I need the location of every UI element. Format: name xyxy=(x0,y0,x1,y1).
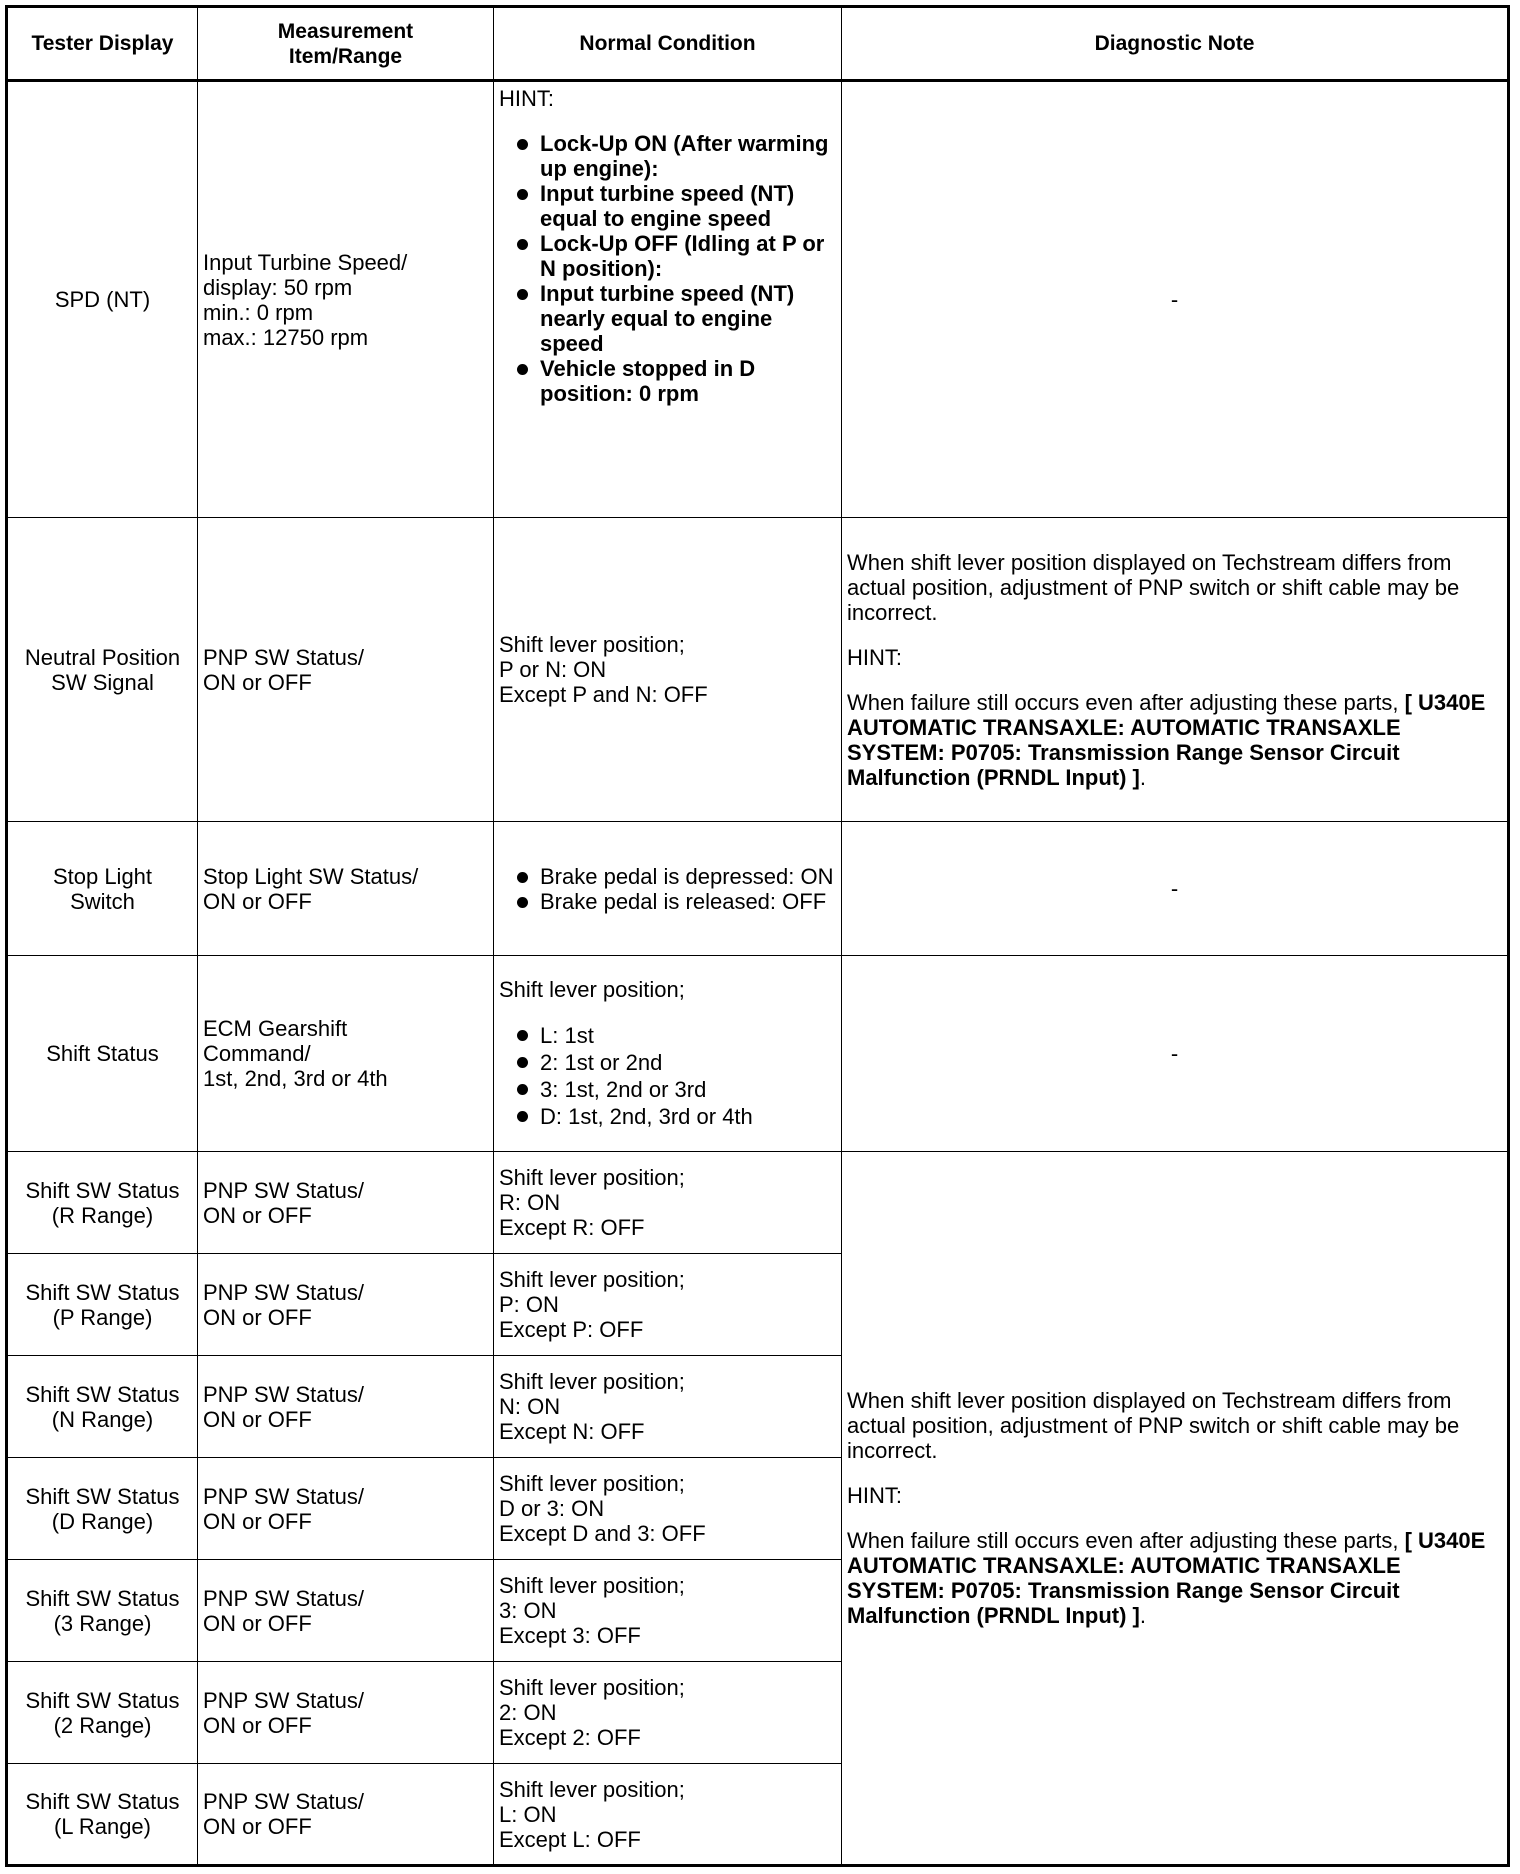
tester-display-cell: Shift SW Status (2 Range) xyxy=(7,1662,198,1764)
diagnostic-paragraph: When shift lever position displayed on T… xyxy=(847,550,1502,625)
diagnostic-note-cell-merged: When shift lever position displayed on T… xyxy=(842,1152,1509,1866)
normal-line: Shift lever position; xyxy=(499,1675,836,1700)
tester-line: (P Range) xyxy=(12,1305,193,1330)
normal-line: Except 3: OFF xyxy=(499,1623,836,1648)
diagnostic-text: When failure still occurs even after adj… xyxy=(847,690,1405,715)
normal-condition-cell: Shift lever position; D or 3: ON Except … xyxy=(494,1458,842,1560)
bullet-list: L: 1st 2: 1st or 2nd 3: 1st, 2nd or 3rd … xyxy=(499,1022,836,1130)
normal-line: Except P: OFF xyxy=(499,1317,836,1342)
normal-line: L: ON xyxy=(499,1802,836,1827)
normal-line: Shift lever position; xyxy=(499,1267,836,1292)
hint-label: HINT: xyxy=(847,645,1502,670)
measurement-cell: Input Turbine Speed/ display: 50 rpm min… xyxy=(198,81,494,518)
measurement-cell: PNP SW Status/ ON or OFF xyxy=(198,1560,494,1662)
measurement-line: PNP SW Status/ xyxy=(203,1789,488,1814)
tester-display-cell: Neutral Position SW Signal xyxy=(7,518,198,822)
measurement-line: PNP SW Status/ xyxy=(203,1382,488,1407)
header-tester-display: Tester Display xyxy=(7,7,198,81)
normal-line: Shift lever position; xyxy=(499,632,836,657)
tester-display-cell: Shift Status xyxy=(7,956,198,1152)
tester-display-cell: Shift SW Status (N Range) xyxy=(7,1356,198,1458)
normal-condition-cell: Shift lever position; L: ON Except L: OF… xyxy=(494,1764,842,1866)
diagnostic-paragraph: When failure still occurs even after adj… xyxy=(847,690,1502,790)
bullet-item: 2: 1st or 2nd xyxy=(499,1049,836,1076)
normal-line: Shift lever position; xyxy=(499,1369,836,1394)
data-list-table: Tester Display Measurement Item/Range No… xyxy=(5,5,1510,1867)
tester-line: (L Range) xyxy=(12,1814,193,1839)
bullet-item: Vehicle stopped in D position: 0 rpm xyxy=(499,356,836,406)
measurement-line: ON or OFF xyxy=(203,1407,488,1432)
tester-display-cell: Shift SW Status (R Range) xyxy=(7,1152,198,1254)
normal-line: Except 2: OFF xyxy=(499,1725,836,1750)
header-normal-condition: Normal Condition xyxy=(494,7,842,81)
measurement-line: ON or OFF xyxy=(203,1305,488,1330)
tester-display-cell: Shift SW Status (D Range) xyxy=(7,1458,198,1560)
normal-line: 2: ON xyxy=(499,1700,836,1725)
measurement-line: PNP SW Status/ xyxy=(203,645,488,670)
measurement-cell: PNP SW Status/ ON or OFF xyxy=(198,1254,494,1356)
tester-display-cell: SPD (NT) xyxy=(7,81,198,518)
tester-display-cell: Shift SW Status (L Range) xyxy=(7,1764,198,1866)
tester-line: (2 Range) xyxy=(12,1713,193,1738)
bullet-item: Brake pedal is released: OFF xyxy=(499,889,836,914)
normal-line: Shift lever position; xyxy=(499,977,836,1002)
tester-display-cell: Stop Light Switch xyxy=(7,822,198,956)
shift-sw-rows: Shift SW Status (R Range) PNP SW Status/… xyxy=(7,1152,1509,1866)
tester-line: (D Range) xyxy=(12,1509,193,1534)
diagnostic-note-cell: - xyxy=(842,81,1509,518)
tester-line: (R Range) xyxy=(12,1203,193,1228)
measurement-line: ON or OFF xyxy=(203,889,488,914)
hint-label: HINT: xyxy=(499,86,836,111)
tester-line: Shift SW Status xyxy=(12,1178,193,1203)
measurement-line: 1st, 2nd, 3rd or 4th xyxy=(203,1066,488,1091)
normal-line: Shift lever position; xyxy=(499,1165,836,1190)
normal-condition-cell: Shift lever position; P or N: ON Except … xyxy=(494,518,842,822)
header-measurement-item-range: Measurement Item/Range xyxy=(198,7,494,81)
tester-display-cell: Shift SW Status (P Range) xyxy=(7,1254,198,1356)
diagnostic-note-cell: - xyxy=(842,822,1509,956)
tester-line: Shift SW Status xyxy=(12,1484,193,1509)
normal-condition-cell: Shift lever position; R: ON Except R: OF… xyxy=(494,1152,842,1254)
normal-line: Except R: OFF xyxy=(499,1215,836,1240)
bullet-item: Input turbine speed (NT) nearly equal to… xyxy=(499,281,836,356)
measurement-line: ECM Gearshift xyxy=(203,1016,488,1041)
normal-condition-cell: HINT: Lock-Up ON (After warming up engin… xyxy=(494,81,842,518)
measurement-line: min.: 0 rpm xyxy=(203,300,488,325)
normal-line: D or 3: ON xyxy=(499,1496,836,1521)
normal-line: Except P and N: OFF xyxy=(499,682,836,707)
tester-line: Shift SW Status xyxy=(12,1688,193,1713)
bullet-item: Input turbine speed (NT) equal to engine… xyxy=(499,181,836,231)
normal-condition-cell: Brake pedal is depressed: ON Brake pedal… xyxy=(494,822,842,956)
normal-line: R: ON xyxy=(499,1190,836,1215)
bullet-item: Lock-Up OFF (Idling at P or N position): xyxy=(499,231,836,281)
measurement-cell: ECM Gearshift Command/ 1st, 2nd, 3rd or … xyxy=(198,956,494,1152)
tester-line: Shift SW Status xyxy=(12,1586,193,1611)
normal-line: Shift lever position; xyxy=(499,1777,836,1802)
measurement-line: PNP SW Status/ xyxy=(203,1280,488,1305)
bullet-list: Brake pedal is depressed: ON Brake pedal… xyxy=(499,864,836,914)
diagnostic-paragraph: When shift lever position displayed on T… xyxy=(847,1388,1502,1463)
table-row-neutral-position: Neutral Position SW Signal PNP SW Status… xyxy=(7,518,1509,822)
bullet-item: Brake pedal is depressed: ON xyxy=(499,864,836,889)
measurement-cell: PNP SW Status/ ON or OFF xyxy=(198,1458,494,1560)
measurement-cell: PNP SW Status/ ON or OFF xyxy=(198,1662,494,1764)
tester-line: (3 Range) xyxy=(12,1611,193,1636)
normal-line: P or N: ON xyxy=(499,657,836,682)
normal-condition-cell: Shift lever position; 2: ON Except 2: OF… xyxy=(494,1662,842,1764)
hint-label: HINT: xyxy=(847,1483,1502,1508)
normal-line: P: ON xyxy=(499,1292,836,1317)
measurement-cell: PNP SW Status/ ON or OFF xyxy=(198,1152,494,1254)
hint-bullet-list: Lock-Up ON (After warming up engine): In… xyxy=(499,131,836,406)
bullet-item: L: 1st xyxy=(499,1022,836,1049)
bullet-item: 3: 1st, 2nd or 3rd xyxy=(499,1076,836,1103)
tester-line: (N Range) xyxy=(12,1407,193,1432)
measurement-cell: Stop Light SW Status/ ON or OFF xyxy=(198,822,494,956)
header-row: Tester Display Measurement Item/Range No… xyxy=(7,7,1509,81)
normal-line: Except D and 3: OFF xyxy=(499,1521,836,1546)
tester-line: Shift SW Status xyxy=(12,1382,193,1407)
measurement-line: Input Turbine Speed/ xyxy=(203,250,488,275)
measurement-line: display: 50 rpm xyxy=(203,275,488,300)
measurement-line: ON or OFF xyxy=(203,1814,488,1839)
bullet-item: Lock-Up ON (After warming up engine): xyxy=(499,131,836,181)
measurement-line: Stop Light SW Status/ xyxy=(203,864,488,889)
diagnostic-text: . xyxy=(1140,765,1146,790)
measurement-line: ON or OFF xyxy=(203,1611,488,1636)
normal-line: Shift lever position; xyxy=(499,1573,836,1598)
table-row-shift-status: Shift Status ECM Gearshift Command/ 1st,… xyxy=(7,956,1509,1152)
diagnostic-paragraph: When failure still occurs even after adj… xyxy=(847,1528,1502,1628)
normal-line: 3: ON xyxy=(499,1598,836,1623)
tester-line: Shift SW Status xyxy=(12,1280,193,1305)
normal-line: Shift lever position; xyxy=(499,1471,836,1496)
normal-condition-cell: Shift lever position; N: ON Except N: OF… xyxy=(494,1356,842,1458)
measurement-line: max.: 12750 rpm xyxy=(203,325,488,350)
measurement-line: PNP SW Status/ xyxy=(203,1484,488,1509)
measurement-line: ON or OFF xyxy=(203,1203,488,1228)
tester-line: Shift SW Status xyxy=(12,1789,193,1814)
measurement-cell: PNP SW Status/ ON or OFF xyxy=(198,1356,494,1458)
table-row-shift-sw-status: Shift SW Status (R Range) PNP SW Status/… xyxy=(7,1152,1509,1254)
measurement-cell: PNP SW Status/ ON or OFF xyxy=(198,1764,494,1866)
normal-condition-cell: Shift lever position; 3: ON Except 3: OF… xyxy=(494,1560,842,1662)
normal-condition-cell: Shift lever position; P: ON Except P: OF… xyxy=(494,1254,842,1356)
bullet-item: D: 1st, 2nd, 3rd or 4th xyxy=(499,1103,836,1130)
normal-line: Except L: OFF xyxy=(499,1827,836,1852)
measurement-line: PNP SW Status/ xyxy=(203,1688,488,1713)
header-diagnostic-note: Diagnostic Note xyxy=(842,7,1509,81)
table-row-stop-light-switch: Stop Light Switch Stop Light SW Status/ … xyxy=(7,822,1509,956)
measurement-line: ON or OFF xyxy=(203,670,488,695)
measurement-line: ON or OFF xyxy=(203,1713,488,1738)
normal-line: Except N: OFF xyxy=(499,1419,836,1444)
normal-condition-cell: Shift lever position; L: 1st 2: 1st or 2… xyxy=(494,956,842,1152)
measurement-line: ON or OFF xyxy=(203,1509,488,1534)
normal-line: N: ON xyxy=(499,1394,836,1419)
diagnostic-text: . xyxy=(1140,1603,1146,1628)
measurement-cell: PNP SW Status/ ON or OFF xyxy=(198,518,494,822)
diagnostic-note-cell: When shift lever position displayed on T… xyxy=(842,518,1509,822)
measurement-line: Command/ xyxy=(203,1041,488,1066)
table-row-spd-nt: SPD (NT) Input Turbine Speed/ display: 5… xyxy=(7,81,1509,518)
measurement-line: PNP SW Status/ xyxy=(203,1586,488,1611)
tester-display-cell: Shift SW Status (3 Range) xyxy=(7,1560,198,1662)
measurement-line: PNP SW Status/ xyxy=(203,1178,488,1203)
diagnostic-text: When failure still occurs even after adj… xyxy=(847,1528,1405,1553)
diagnostic-note-cell: - xyxy=(842,956,1509,1152)
